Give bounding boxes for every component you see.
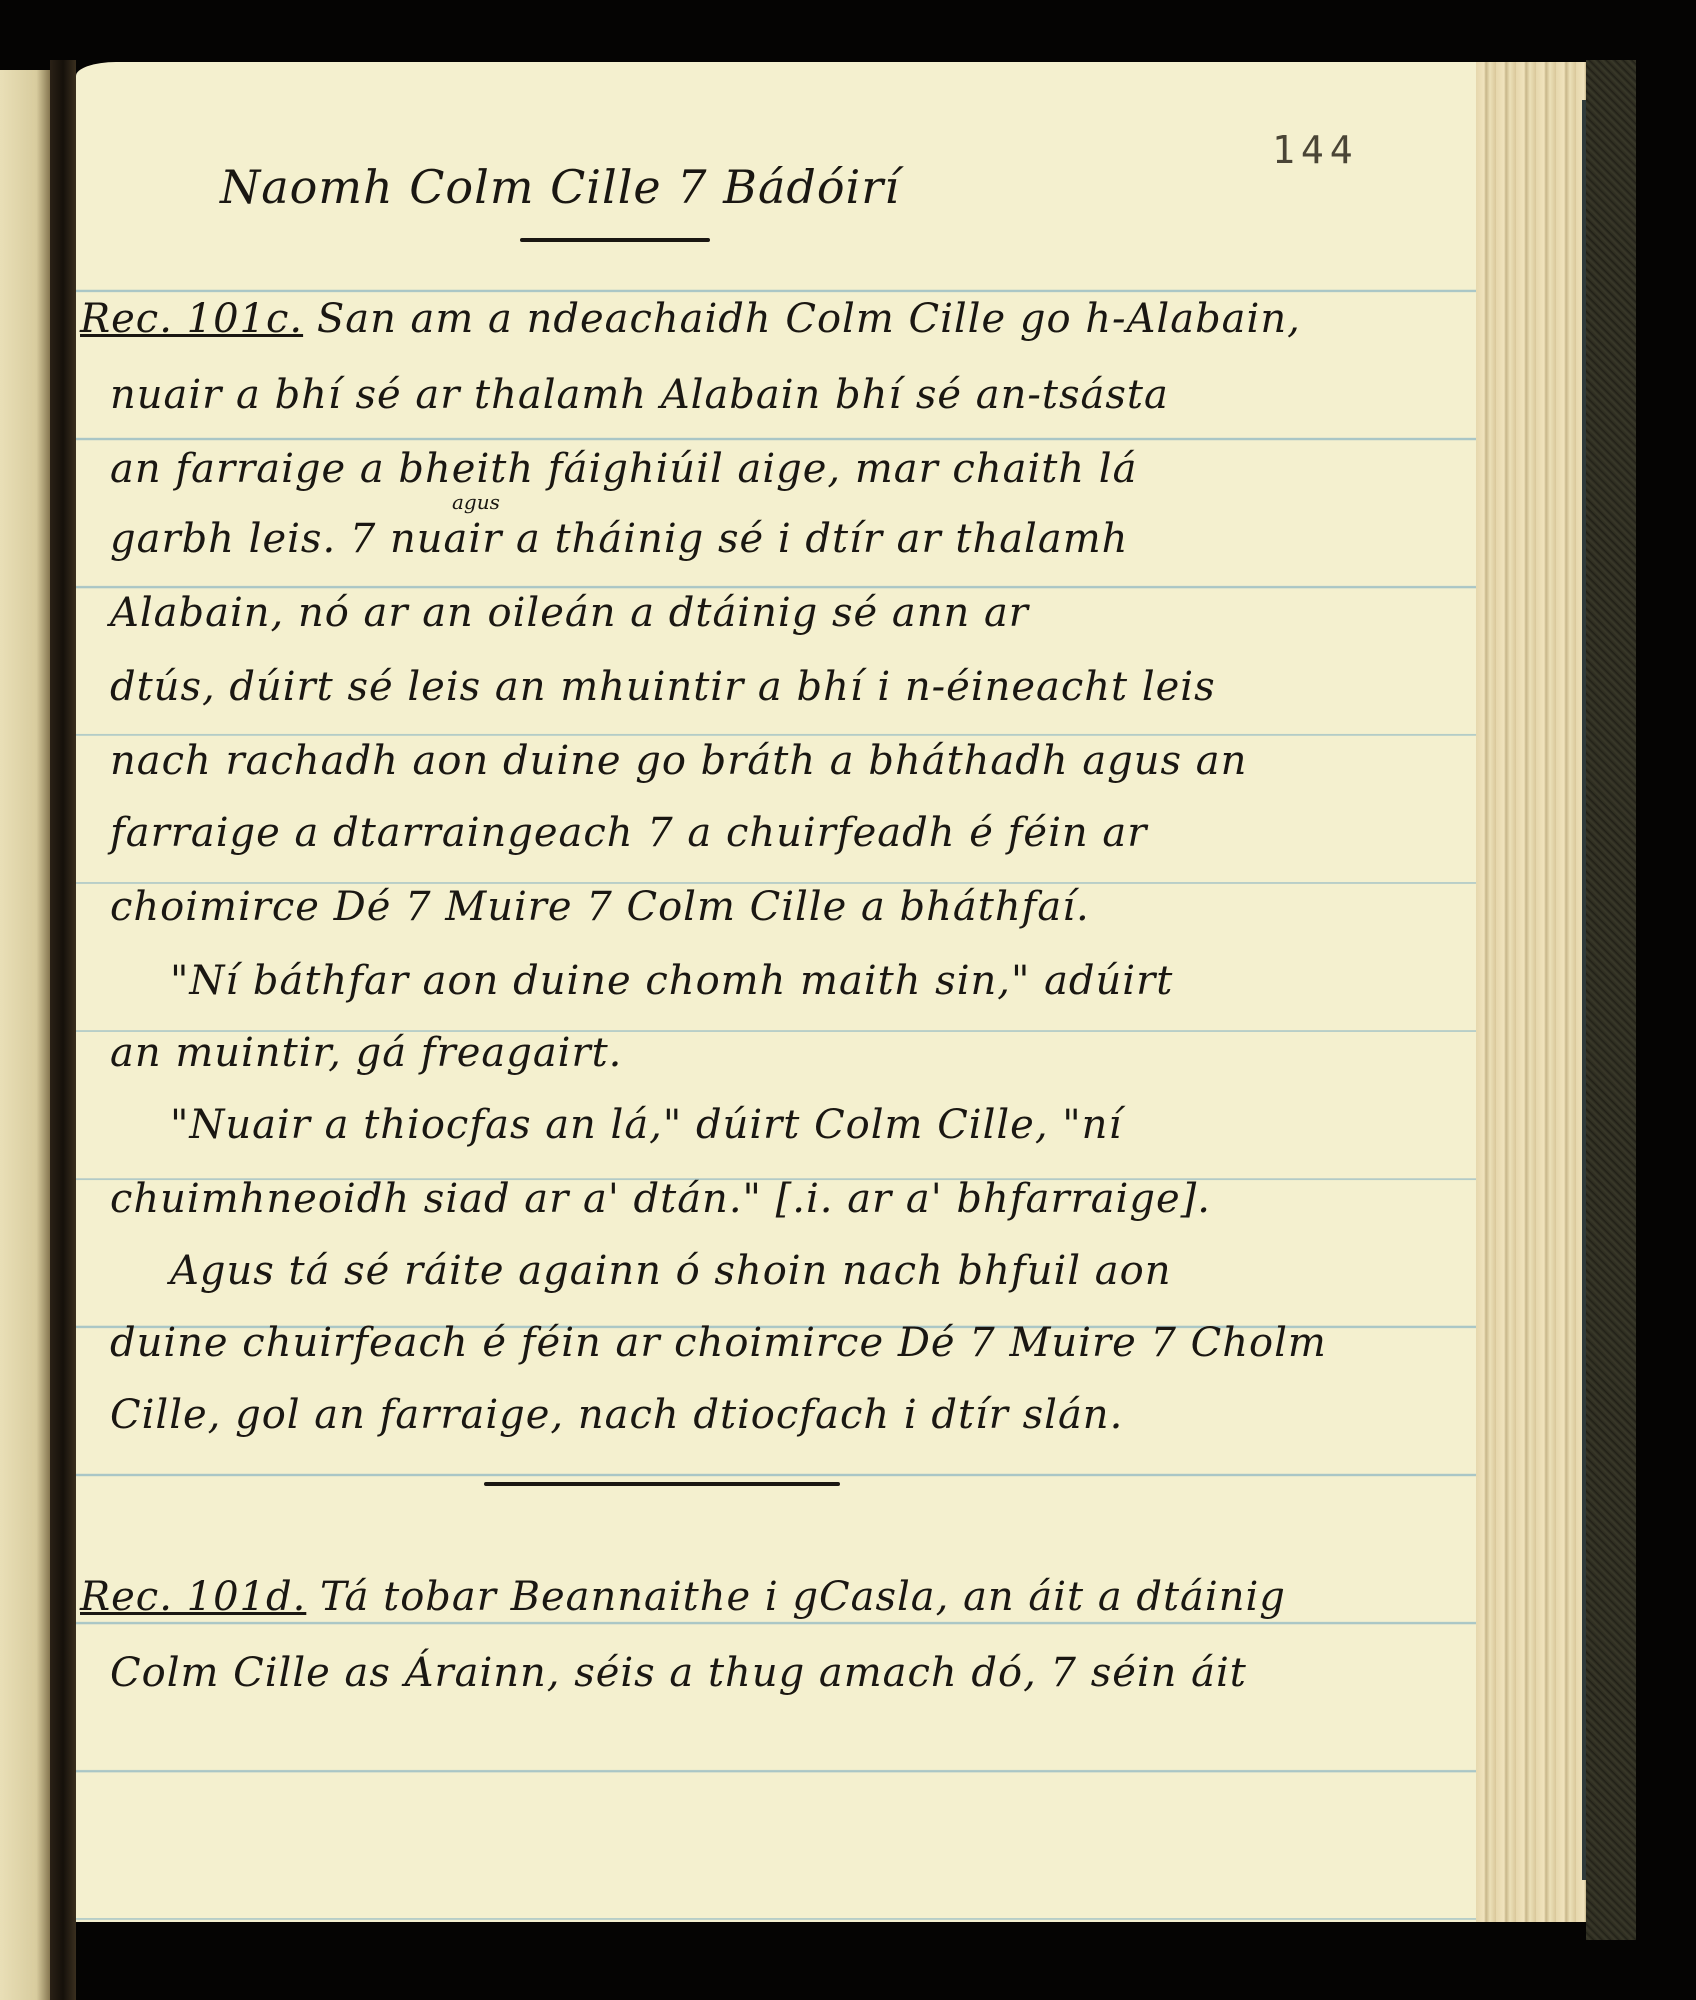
- entry-line: duine chuirfeach é féin ar choimirce Dé …: [110, 1320, 1327, 1366]
- cloth-cover: [1586, 60, 1636, 1940]
- entry-line: "Ní báthfar aon duine chomh maith sin," …: [170, 958, 1173, 1004]
- entry-line: Agus tá sé ráite againn ó shoin nach bhf…: [170, 1248, 1171, 1294]
- page-number: 144: [1272, 128, 1359, 172]
- entry-line: dtús, dúirt sé leis an mhuintir a bhí i …: [110, 664, 1216, 710]
- entry-line: Alabain, nó ar an oileán a dtáinig sé an…: [110, 590, 1029, 636]
- entry-line: nach rachadh aon duine go bráth a bhátha…: [110, 738, 1247, 784]
- entry-line: chuimhneoidh siad ar a' dtán." [.i. ar a…: [110, 1176, 1211, 1222]
- entry-line: Colm Cille as Árainn, séis a thug amach …: [110, 1650, 1247, 1696]
- entry-line: garbh leis. 7 nuair a tháinig sé i dtír …: [110, 516, 1128, 562]
- entry-line: "Nuair a thiocfas an lá," dúirt Colm Cil…: [170, 1102, 1122, 1148]
- book-gutter: [50, 60, 76, 2000]
- entry-line: farraige a dtarraingeach 7 a chuirfeadh …: [110, 810, 1147, 856]
- entry-line: choimirce Dé 7 Muire 7 Colm Cille a bhát…: [110, 884, 1090, 930]
- entry-line: Cille, gol an farraige, nach dtiocfach i…: [110, 1392, 1123, 1438]
- title-underline: [520, 238, 710, 242]
- entry-line: an muintir, gá freagairt.: [110, 1030, 622, 1076]
- entry-label: Rec. 101d.: [80, 1574, 306, 1620]
- entry-label: Rec. 101c.: [80, 296, 303, 342]
- page-block-edges: [1476, 62, 1586, 1922]
- entry-line: nuair a bhí sé ar thalamh Alabain bhí sé…: [110, 372, 1169, 418]
- facing-page-edge: [0, 70, 52, 2000]
- page-title: Naomh Colm Cille 7 Bádóirí: [220, 160, 900, 214]
- entry-101d-line-1: Rec. 101d. Tá tobar Beannaithe i gCasla,…: [80, 1574, 1286, 1620]
- entry-text: Tá tobar Beannaithe i gCasla, an áit a d…: [320, 1574, 1286, 1620]
- entry-text: San am a ndeachaidh Colm Cille go h-Alab…: [317, 296, 1301, 342]
- section-divider: [484, 1482, 840, 1486]
- entry-line: an farraige a bheith fáighiúil aige, mar…: [110, 446, 1137, 492]
- entry-101c-line-1: Rec. 101c. San am a ndeachaidh Colm Cill…: [80, 296, 1301, 342]
- interlinear-insertion: agus: [452, 490, 500, 514]
